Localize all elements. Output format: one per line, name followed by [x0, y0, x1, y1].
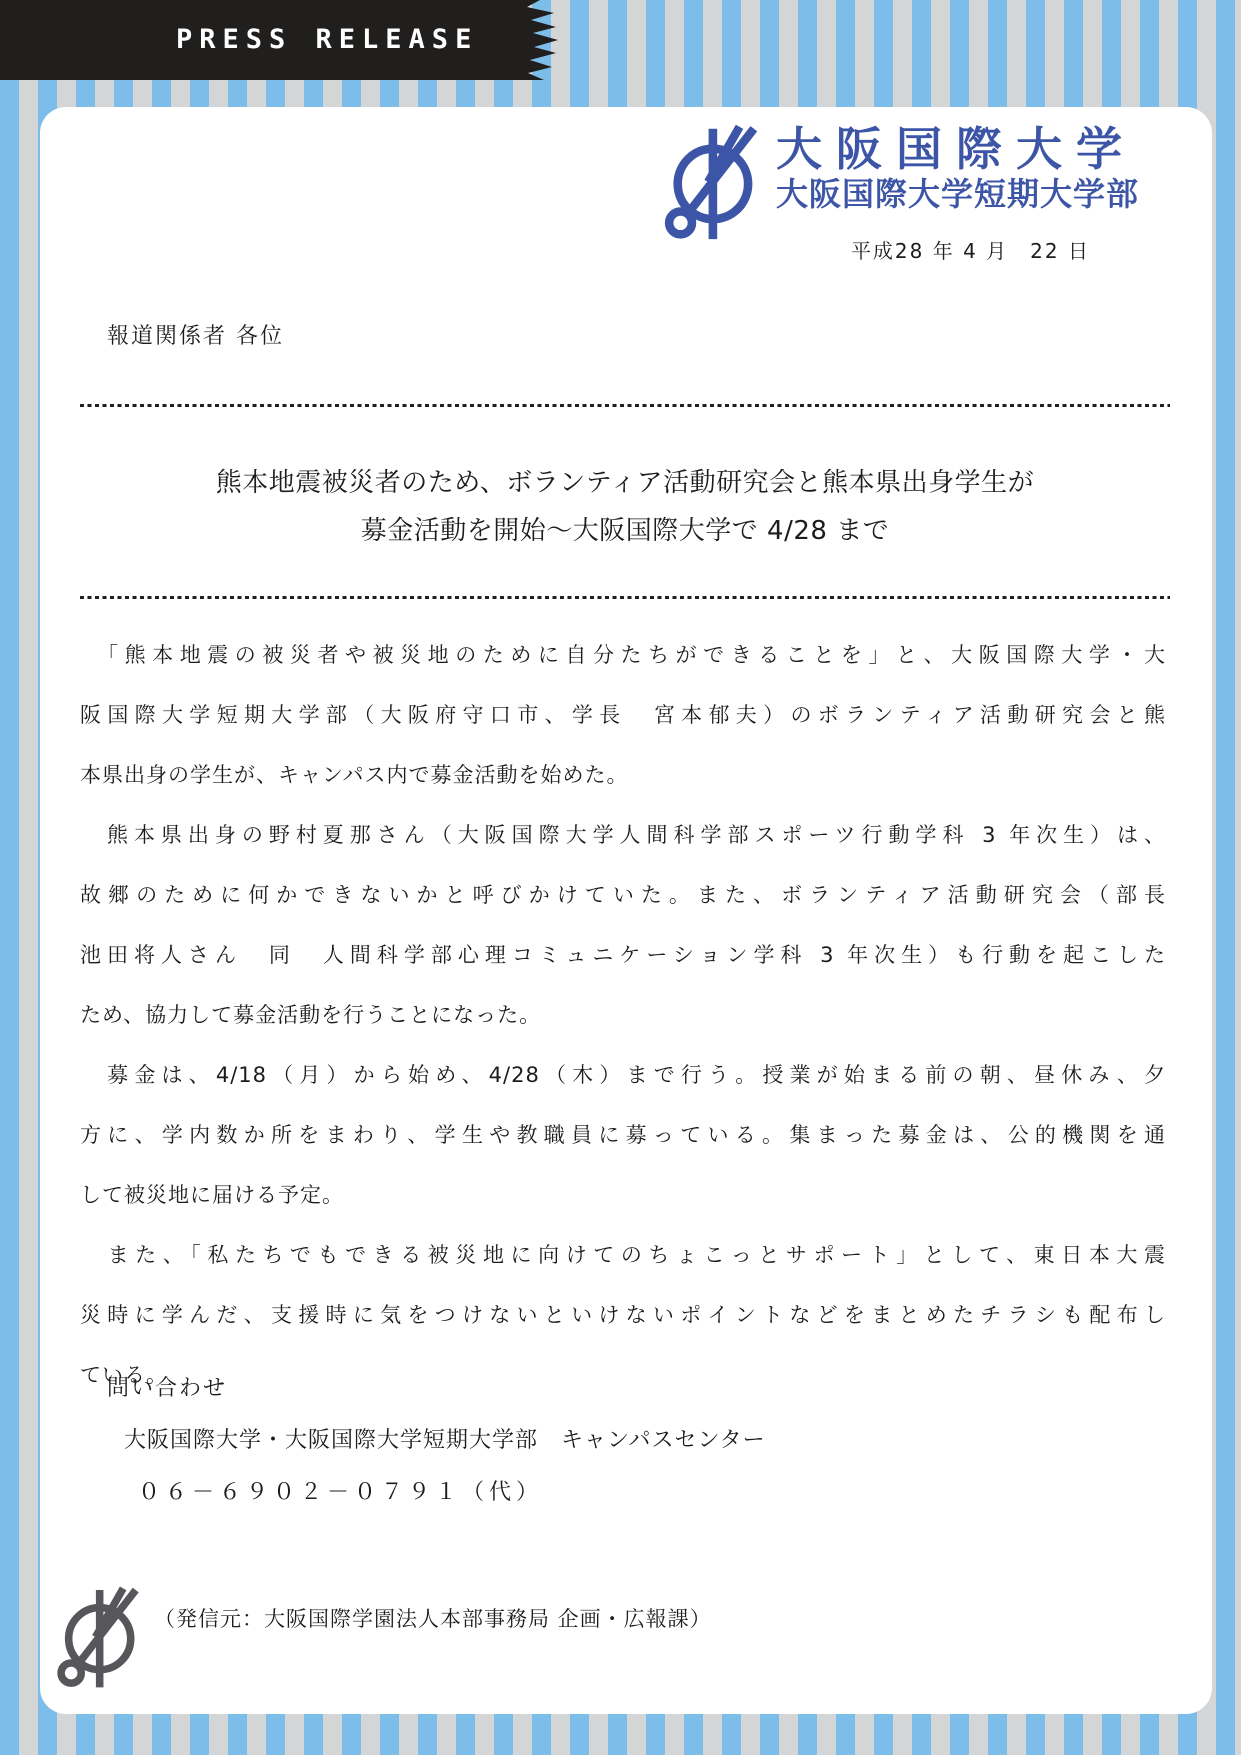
dashed-divider-top [80, 404, 1170, 407]
contact-organization: 大阪国際大学・大阪国際大学短期大学部 キャンパスセンター [124, 1423, 766, 1454]
press-release-banner: PRESS RELEASE [0, 0, 562, 80]
university-logo-text: 大阪国際大学 大阪国際大学短期大学部 [776, 123, 1139, 213]
university-logo: 大阪国際大学 大阪国際大学短期大学部 [660, 123, 1139, 241]
body-line: 「熊本地震の被災者や被災地のために自分たちができることを」と、大阪国際大学・大 [80, 625, 1166, 685]
press-release-sheet: 大阪国際大学 大阪国際大学短期大学部 平成28 年 4 月 22 日 報道関係者… [40, 107, 1212, 1714]
body-line: 本県出身の学生が、キャンパス内で募金活動を始めた。 [80, 745, 1166, 805]
body-line: して被災地に届ける予定。 [80, 1165, 1166, 1225]
press-release-page: { "banner": { "label": "PRESS RELEASE" }… [0, 0, 1241, 1755]
body-line: ている。 [80, 1345, 1166, 1405]
headline: 熊本地震被災者のため、ボランティア活動研究会と熊本県出身学生が 募金活動を開始～… [80, 459, 1170, 555]
headline-line-1: 熊本地震被災者のため、ボランティア活動研究会と熊本県出身学生が [80, 459, 1170, 507]
university-name-main: 大阪国際大学 [776, 123, 1139, 175]
body-text: 「熊本地震の被災者や被災地のために自分たちができることを」と、大阪国際大学・大阪… [80, 625, 1166, 1405]
body-line: 災時に学んだ、支援時に気をつけないといけないポイントなどをまとめたチラシも配布し [80, 1285, 1166, 1345]
university-logo-mark-icon [660, 123, 762, 241]
body-line: また、「私たちでもできる被災地に向けてのちょこっとサポート」として、東日本大震 [80, 1225, 1166, 1285]
contact-heading: 問い合わせ [107, 1371, 227, 1402]
body-line: 池田将人さん 同 人間科学部心理コミュニケーション学科 3 年次生）も行動を起こ… [80, 925, 1166, 985]
release-date: 平成28 年 4 月 22 日 [851, 235, 1090, 264]
body-line: 募金は、4/18（月）から始め、4/28（木）まで行う。授業が始まる前の朝、昼休… [80, 1045, 1166, 1105]
body-line: 故郷のために何かできないかと呼びかけていた。また、ボランティア活動研究会（部長 [80, 865, 1166, 925]
footer-logo-mark-icon [54, 1585, 142, 1689]
press-release-banner-label: PRESS RELEASE [176, 0, 478, 80]
dashed-divider-bottom [80, 596, 1170, 599]
footer-sender-line: （発信元：大阪国際学園法人本部事務局 企画・広報課） [154, 1603, 712, 1633]
body-line: 熊本県出身の野村夏那さん（大阪国際大学人間科学部スポーツ行動学科 3 年次生）は… [80, 805, 1166, 865]
body-line: ため、協力して募金活動を行うことになった。 [80, 985, 1166, 1045]
body-line: 阪国際大学短期大学部（大阪府守口市、学長 宮本郁夫）のボランティア活動研究会と熊 [80, 685, 1166, 745]
body-line: 方に、学内数か所をまわり、学生や教職員に募っている。集まった募金は、公的機関を通 [80, 1105, 1166, 1165]
contact-phone-number: ０６－６９０２－０７９１（代） [138, 1475, 543, 1506]
university-name-sub: 大阪国際大学短期大学部 [776, 175, 1139, 213]
headline-line-2: 募金活動を開始～大阪国際大学で 4/28 まで [80, 507, 1170, 555]
addressee-line: 報道関係者 各位 [107, 319, 284, 350]
